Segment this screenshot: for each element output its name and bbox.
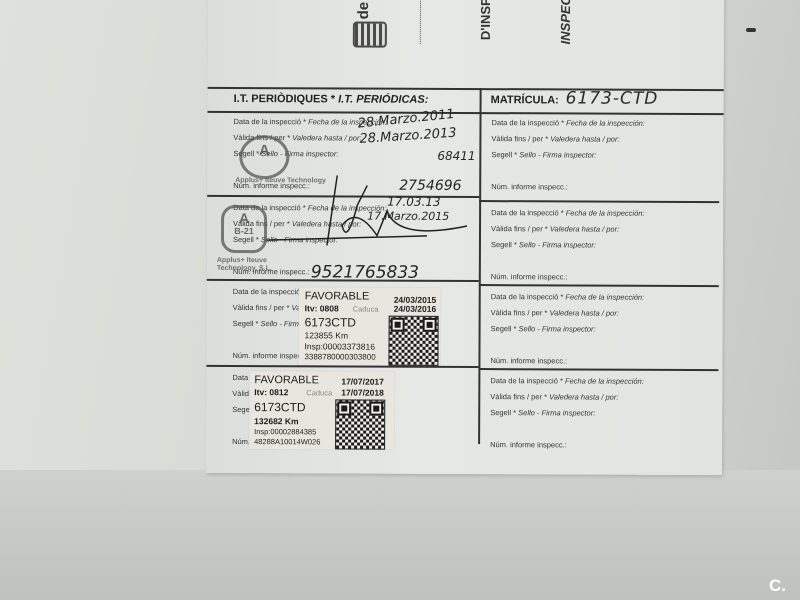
background-surface [0,470,800,600]
km-handwritten-1: 68411 [437,149,475,163]
inspection-cell-right-3: Data de la inspecció * Fecha de la inspe… [478,284,718,369]
vertical-label-es: INSPECC [558,0,573,44]
inspection-cell-right-1: Data de la inspecció * Fecha de la inspe… [479,110,719,195]
plate-label: MATRÍCULA: [491,94,559,106]
stamp-company-2: Applus+ Iteuve Technology, S.L. [217,257,287,273]
qr-code-icon [335,399,385,449]
itv-sticker-2015: FAVORABLE Itv: 0808 Caduca 24/03/2015 24… [298,287,440,366]
dotted-divider [420,0,421,44]
inspection-cell-right-4: Data de la inspecció * Fecha de la inspe… [478,368,718,453]
inspection-cell-right-2: Data de la inspecció * Fecha de la inspe… [479,200,719,285]
plate-handwritten: 6173-CTD [566,88,659,108]
smudge-mark [746,28,756,32]
vertical-label-ca: D'INSP [478,0,493,40]
title-periodic: I.T. PERIÒDIQUES * I.T. PERIÓDICAS: [234,93,429,106]
generalitat-logo-icon [353,22,387,48]
card-header: Ge de D'INSP INSPECC [208,0,724,92]
watermark: C. [769,576,786,596]
qr-code-icon [388,316,438,366]
signature-scribble [247,165,487,256]
itv-sticker-2017: FAVORABLE Itv: 0812 Caduca 17/07/2017 17… [249,371,394,450]
inspection-card: Ge de D'INSP INSPECC I.T. PERIÒDIQUES * … [206,0,724,475]
